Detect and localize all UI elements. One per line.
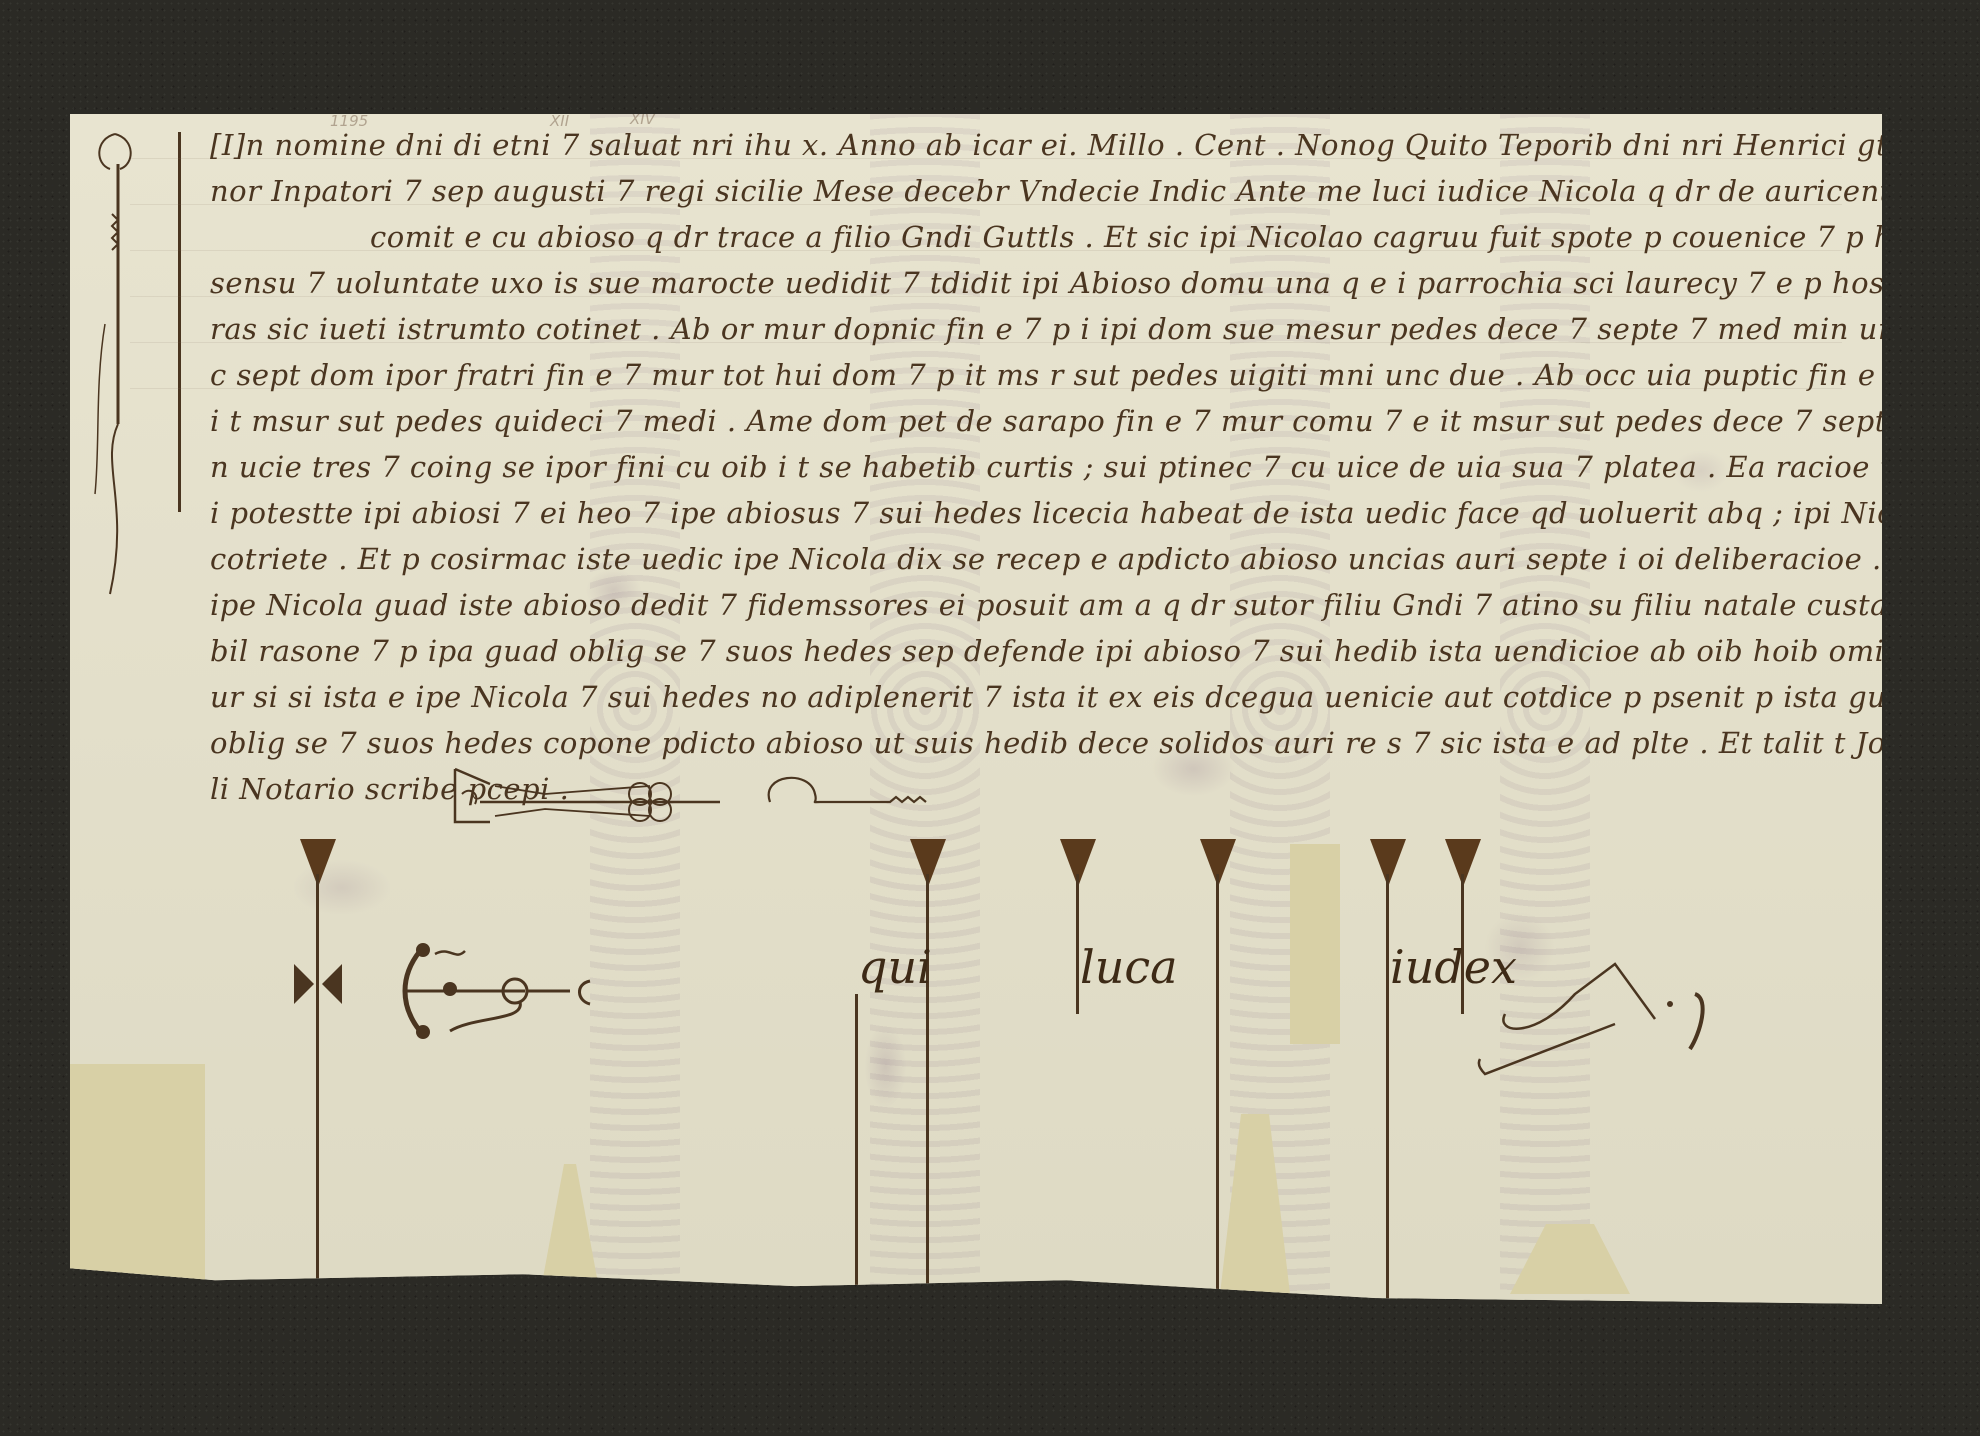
- pencil-annotation: XIV: [630, 110, 655, 128]
- signature-stem: [1386, 874, 1389, 1304]
- repair-patch: [1290, 844, 1340, 1044]
- signature-stem: [855, 994, 858, 1304]
- text-line: nor Inpatori 7 sep augusti 7 regi sicili…: [210, 174, 1980, 208]
- signature-stem: [1216, 874, 1219, 1304]
- text-line: comit e cu abioso q dr trace a filio Gnd…: [370, 220, 1980, 254]
- text-line: i t msur sut pedes quideci 7 medi . Ame …: [210, 404, 1980, 438]
- iudex-flourish-icon: [1465, 924, 1725, 1094]
- text-line: ipe Nicola guad iste abioso dedit 7 fide…: [210, 588, 1888, 622]
- signature-stem: [926, 874, 929, 1304]
- text-line: n ucie tres 7 coing se ipor fini cu oib …: [210, 450, 1980, 484]
- repair-patch: [70, 1064, 205, 1294]
- text-line: bil rasone 7 p ipa guad oblig se 7 suos …: [210, 634, 1980, 668]
- cross-signum-icon: [292, 959, 344, 1009]
- signature-stem: [316, 874, 319, 1304]
- parchment-sheet: 1195 XII XIV [I]n nomine dni di etni 7 s…: [70, 114, 1882, 1304]
- text-line: ras sic iueti istrumto cotinet . Ab or m…: [210, 312, 1980, 346]
- text-line: ur si si ista e ipe Nicola 7 sui hedes n…: [210, 680, 1951, 714]
- text-line: cotriete . Et p cosirmac iste uedic ipe …: [210, 542, 1980, 576]
- subscription-qui: qui: [858, 940, 932, 994]
- decorated-initial-ornament-icon: [90, 124, 140, 604]
- text-line: c sept dom ipor fratri fin e 7 mur tot h…: [210, 358, 1933, 392]
- text-line: sensu 7 uoluntate uxo is sue marocte ued…: [210, 266, 1980, 300]
- ego-monogram-icon: [395, 936, 615, 1046]
- text-line: i potestte ipi abiosi 7 ei heo 7 ipe abi…: [210, 496, 1980, 530]
- notarial-signum-icon: [450, 764, 970, 834]
- initial-letter-stem: [178, 132, 181, 512]
- subscription-luca: luca: [1080, 940, 1178, 994]
- text-line: [I]n nomine dni di etni 7 saluat nri ihu…: [210, 128, 1980, 162]
- signature-stem: [1076, 874, 1079, 1014]
- text-line: oblig se 7 suos hedes copone pdicto abio…: [210, 726, 1905, 760]
